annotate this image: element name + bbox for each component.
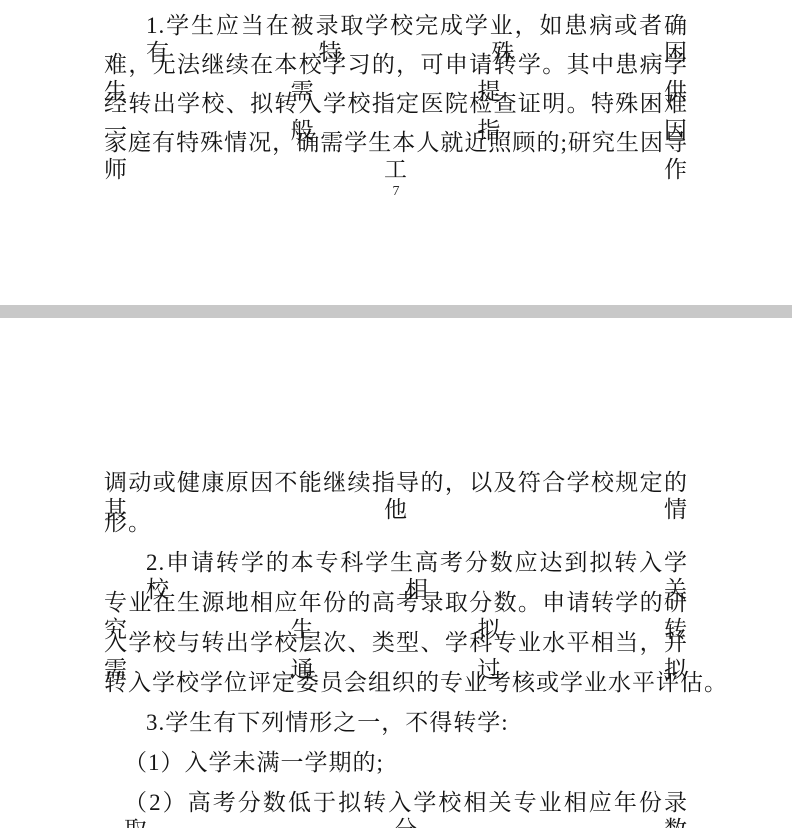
paragraph-line: 形。 xyxy=(104,509,688,536)
paragraph-line: 2.申请转学的本专科学生高考分数应达到拟转入学校相关 xyxy=(104,549,688,576)
paragraph-line: 专业在生源地相应年份的高考录取分数。申请转学的研究生拟转 xyxy=(104,589,688,616)
page-number: 7 xyxy=(0,184,792,200)
paragraph-line: 家庭有特殊情况，确需学生本人就近照顾的;研究生因导师工作 xyxy=(104,129,688,156)
paragraph-line: 经转出学校、拟转入学校指定医院检查证明。特殊困难一般指因 xyxy=(104,90,688,117)
paragraph-line: 1.学生应当在被录取学校完成学业，如患病或者确有特殊困 xyxy=(104,12,688,39)
paragraph-line: （1）入学未满一学期的; xyxy=(104,749,688,776)
document-viewport: 1.学生应当在被录取学校完成学业，如患病或者确有特殊困 难，无法继续在本校学习的… xyxy=(0,0,792,828)
paragraph-line: 入学校与转出学校层次、类型、学科专业水平相当，并需通过拟 xyxy=(104,629,688,656)
paragraph-line: 3.学生有下列情形之一，不得转学: xyxy=(104,709,688,736)
paragraph-line: 转入学校学位评定委员会组织的专业考核或学业水平评估。 xyxy=(104,669,688,696)
page-8: 调动或健康原因不能继续指导的，以及符合学校规定的其他情 形。 2.申请转学的本专… xyxy=(0,318,792,828)
paragraph-line: 调动或健康原因不能继续指导的，以及符合学校规定的其他情 xyxy=(104,469,688,496)
page-separator xyxy=(0,305,792,318)
page-8-text-column: 调动或健康原因不能继续指导的，以及符合学校规定的其他情 形。 2.申请转学的本专… xyxy=(104,318,688,828)
page-7: 1.学生应当在被录取学校完成学业，如患病或者确有特殊困 难，无法继续在本校学习的… xyxy=(0,0,792,305)
paragraph-line: （2）高考分数低于拟转入学校相关专业相应年份录取分数 xyxy=(104,789,688,816)
paragraph-line: 难，无法继续在本校学习的，可申请转学。其中患病学生需提供 xyxy=(104,51,688,78)
page-7-text-column: 1.学生应当在被录取学校完成学业，如患病或者确有特殊困 难，无法继续在本校学习的… xyxy=(104,0,688,305)
